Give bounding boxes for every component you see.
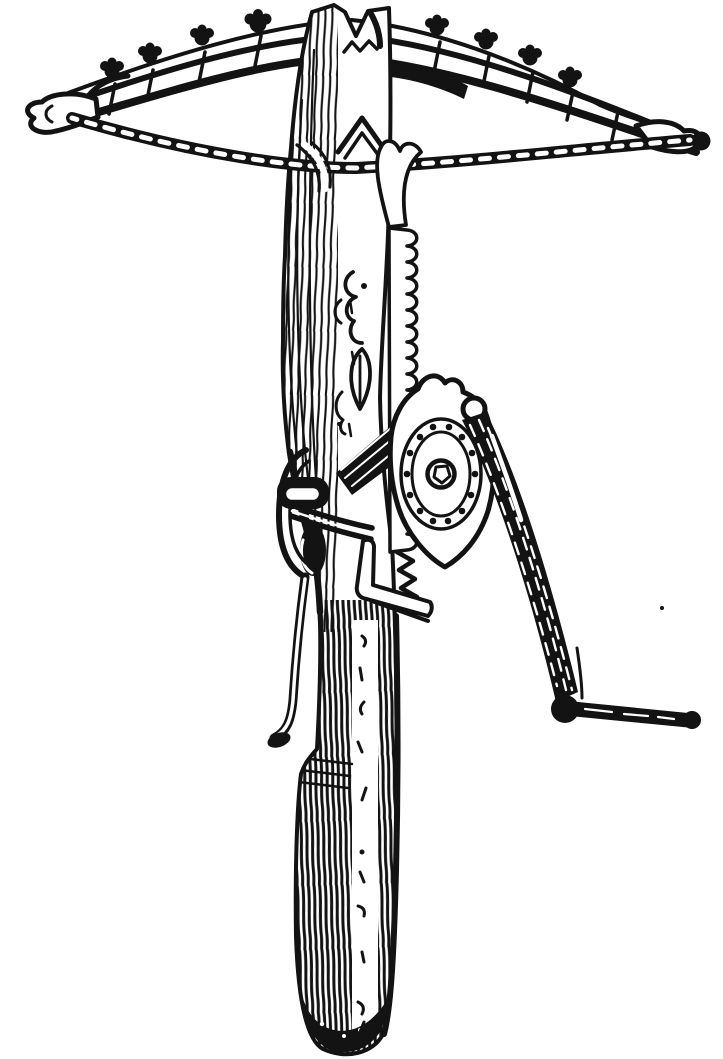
scroll-dot — [361, 283, 367, 289]
crossbow-illustration: Medieval crossbow with cranequin winder — [0, 0, 723, 1059]
stock-groove — [352, 620, 378, 1036]
crank-grip-knob — [683, 711, 701, 729]
rack-fork — [377, 141, 421, 227]
binding-pill — [285, 487, 320, 501]
binding-blob — [300, 524, 326, 576]
crank-handle — [462, 412, 701, 729]
crank-arm — [462, 412, 578, 702]
crank-arm-sideline — [577, 648, 582, 698]
crossbow-engraving: Medieval crossbow with cranequin winder — [0, 0, 723, 1059]
stock-groove-dot — [360, 850, 365, 855]
belt-hook — [265, 577, 305, 751]
